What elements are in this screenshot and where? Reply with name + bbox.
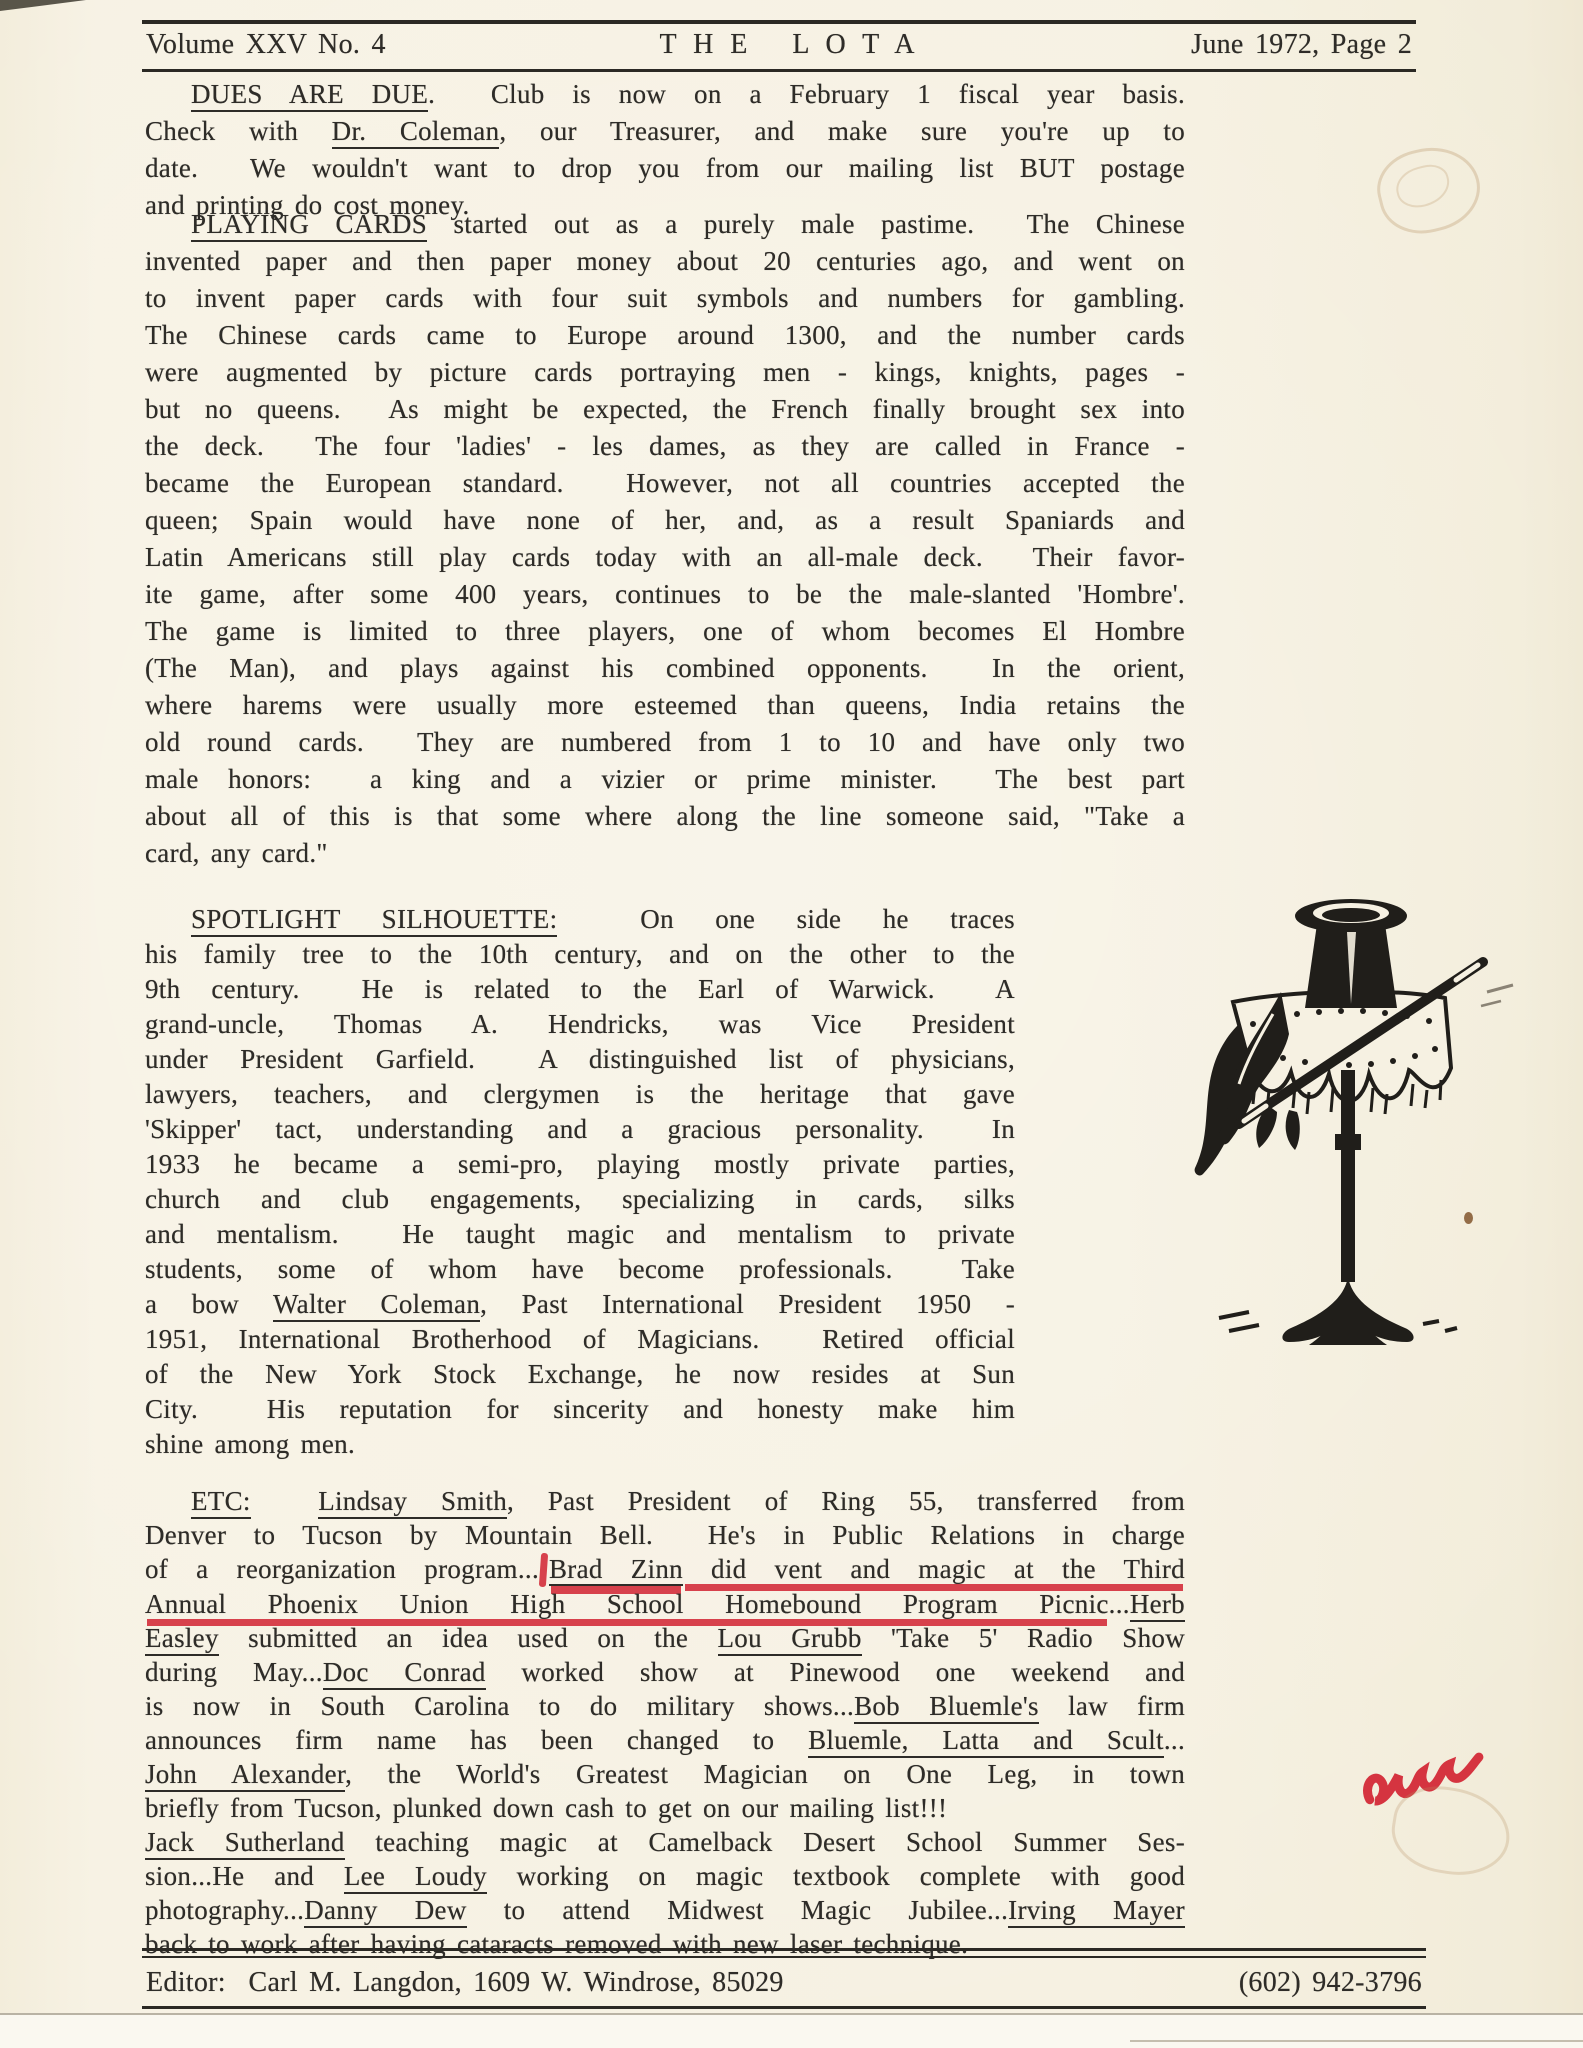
text-line: lawyers, teachers, and clergymen is the … (145, 1077, 1015, 1112)
text-line: ETC: Lindsay Smith, Past President of Ri… (145, 1484, 1185, 1518)
text-line: shine among men. (145, 1427, 1015, 1462)
text-line: SPOTLIGHT SILHOUETTE: On one side he tra… (145, 902, 1015, 937)
header-row: Volume XXV No. 4 T H E L O T A June 1972… (142, 26, 1416, 72)
date-page-label: June 1972, Page 2 (1191, 29, 1412, 61)
text-line: DUES ARE DUE. Club is now on a February … (145, 76, 1185, 113)
footer-row: Editor: Carl M. Langdon, 1609 W. Windros… (142, 1965, 1426, 2009)
text-line: his family tree to the 10th century, and… (145, 937, 1015, 972)
text-line: 1951, International Brotherhood of Magic… (145, 1322, 1015, 1357)
phone-number: (602) 942-3796 (1239, 1967, 1422, 1999)
text-line: the deck. The four 'ladies' - les dames,… (145, 428, 1185, 465)
text-line: date. We wouldn't want to drop you from … (145, 150, 1185, 187)
text-line: old round cards. They are numbered from … (145, 724, 1185, 761)
paragraph-playing-cards: PLAYING CARDS started out as a purely ma… (145, 206, 1185, 872)
text-line: PLAYING CARDS started out as a purely ma… (145, 206, 1185, 243)
text-line: ite game, after some 400 years, continue… (145, 576, 1185, 613)
paragraph-dues-are-due: DUES ARE DUE. Club is now on a February … (145, 76, 1185, 224)
text-line: grand-uncle, Thomas A. Hendricks, was Vi… (145, 1007, 1015, 1042)
editor-label: Editor: Carl M. Langdon, 1609 W. Windros… (146, 1967, 784, 1999)
newsletter-title: T H E L O T A (659, 29, 917, 61)
text-line: briefly from Tucson, plunked down cash t… (145, 1791, 1185, 1825)
text-line: of a reorganization program...Brad Zinn … (145, 1552, 1185, 1587)
text-line: (The Man), and plays against his combine… (145, 650, 1185, 687)
text-line: John Alexander, the World's Greatest Mag… (145, 1757, 1185, 1791)
text-line: The game is limited to three players, on… (145, 613, 1185, 650)
text-line: is now in South Carolina to do military … (145, 1689, 1185, 1723)
text-line: during May...Doc Conrad worked show at P… (145, 1655, 1185, 1689)
paper-spot (1464, 1212, 1473, 1224)
text-line: Easley submitted an idea used on the Lou… (145, 1621, 1185, 1655)
scan-corner-artifact (0, 0, 86, 11)
newsletter-page: Volume XXV No. 4 T H E L O T A June 1972… (0, 0, 1583, 2048)
text-line: photography...Danny Dew to attend Midwes… (145, 1893, 1185, 1927)
text-line: card, any card." (145, 835, 1185, 872)
page-footer: Editor: Carl M. Langdon, 1609 W. Windros… (142, 1948, 1426, 2009)
text-line: Latin Americans still play cards today w… (145, 539, 1185, 576)
text-line: 9th century. He is related to the Earl o… (145, 972, 1015, 1007)
text-line: of the New York Stock Exchange, he now r… (145, 1357, 1015, 1392)
text-line: and mentalism. He taught magic and menta… (145, 1217, 1015, 1252)
red-scribble-icon (1354, 1741, 1494, 1825)
paragraph-etc: ETC: Lindsay Smith, Past President of Ri… (145, 1484, 1185, 1961)
text-line: invented paper and then paper money abou… (145, 243, 1185, 280)
text-line: about all of this is that some where alo… (145, 798, 1185, 835)
paragraph-spotlight-silhouette: SPOTLIGHT SILHOUETTE: On one side he tra… (145, 902, 1015, 1462)
text-line: male honors: a king and a vizier or prim… (145, 761, 1185, 798)
text-line: students, some of whom have become profe… (145, 1252, 1015, 1287)
text-line: were augmented by picture cards portrayi… (145, 354, 1185, 391)
text-line: Check with Dr. Coleman, our Treasurer, a… (145, 113, 1185, 150)
text-line: Denver to Tucson by Mountain Bell. He's … (145, 1518, 1185, 1552)
footer-double-rule (142, 1948, 1426, 1958)
scan-edge-line (0, 2013, 1583, 2015)
text-line: 'Skipper' tact, understanding and a grac… (145, 1112, 1015, 1147)
scan-edge-line (1130, 2040, 1583, 2042)
text-line: 1933 he became a semi-pro, playing mostl… (145, 1147, 1015, 1182)
red-tick-mark (539, 1553, 548, 1587)
magician-table-illustration (1183, 872, 1515, 1364)
text-line: Jack Sutherland teaching magic at Camelb… (145, 1825, 1185, 1859)
text-line: sion...He and Lee Loudy working on magic… (145, 1859, 1185, 1893)
over-scribble-annotation (1354, 1741, 1494, 1825)
text-line: The Chinese cards came to Europe around … (145, 317, 1185, 354)
paper-stain (1369, 137, 1488, 243)
volume-label: Volume XXV No. 4 (146, 29, 386, 61)
text-line: a bow Walter Coleman, Past International… (145, 1287, 1015, 1322)
text-line: to invent paper cards with four suit sym… (145, 280, 1185, 317)
magician-table-clipart (1183, 872, 1515, 1364)
text-line: announces firm name has been changed to … (145, 1723, 1185, 1757)
text-line: City. His reputation for sincerity and h… (145, 1392, 1015, 1427)
text-line: became the European standard. However, n… (145, 465, 1185, 502)
text-line: queen; Spain would have none of her, and… (145, 502, 1185, 539)
text-line: under President Garfield. A distinguishe… (145, 1042, 1015, 1077)
text-line: where harems were usually more esteemed … (145, 687, 1185, 724)
page-header: Volume XXV No. 4 T H E L O T A June 1972… (142, 20, 1416, 72)
text-line: Annual Phoenix Union High School Homebou… (145, 1587, 1185, 1621)
text-line: church and club engagements, specializin… (145, 1182, 1015, 1217)
text-line: but no queens. As might be expected, the… (145, 391, 1185, 428)
scan-bottom-edge (0, 2015, 1583, 2048)
